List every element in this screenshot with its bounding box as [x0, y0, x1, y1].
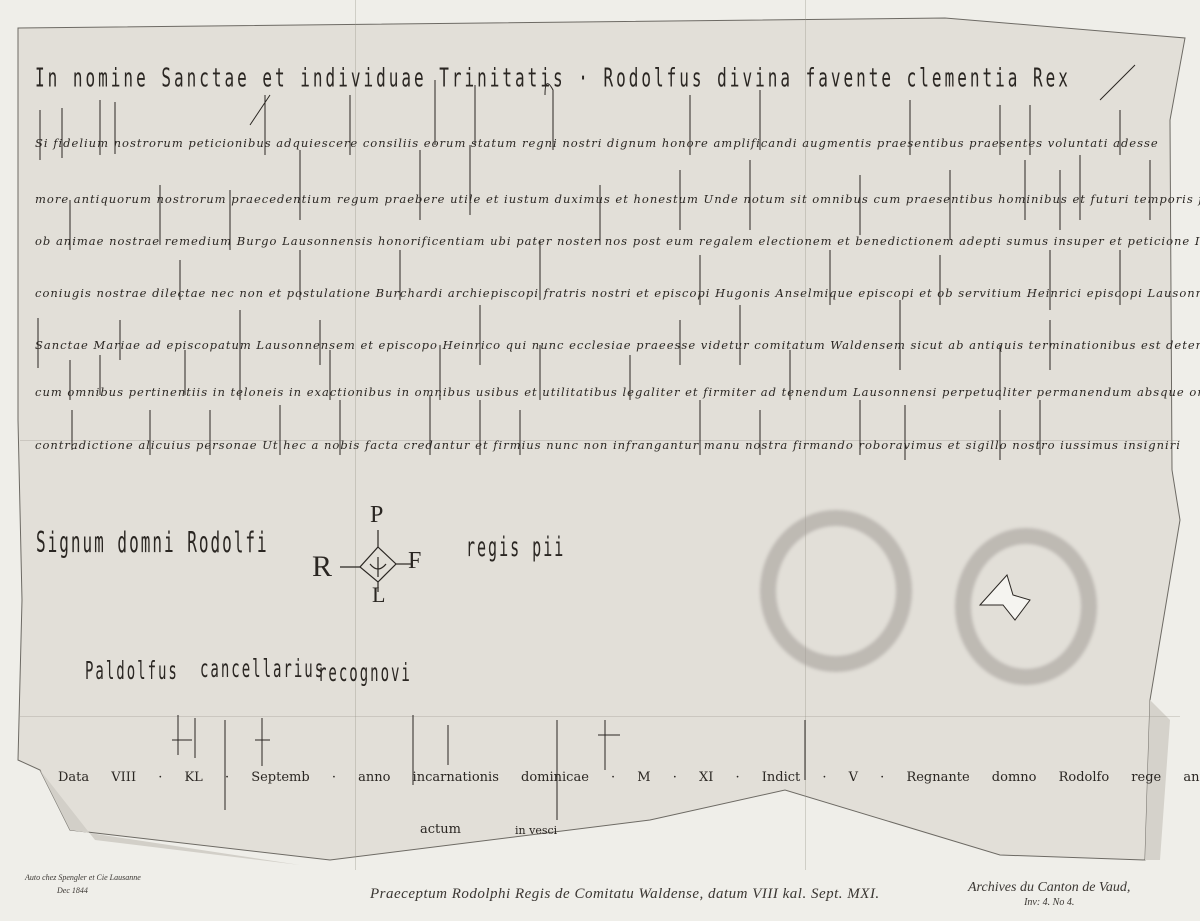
printer-date: Dec 1844: [25, 884, 141, 897]
archive-caption: Archives du Canton de Vaud, Inv: 4. No 4…: [968, 880, 1130, 910]
archive-reference: Inv: 4. No 4.: [968, 895, 1130, 910]
dating-ascenders: [0, 0, 1200, 921]
page-background: In nomine Sanctae et individuae Trinitat…: [0, 0, 1200, 921]
document-title-caption: Praeceptum Rodolphi Regis de Comitatu Wa…: [370, 886, 880, 903]
archive-name: Archives du Canton de Vaud,: [968, 880, 1130, 895]
printer-caption: Auto chez Spengler et Cie Lausanne Dec 1…: [25, 871, 141, 897]
printer-name: Auto chez Spengler et Cie Lausanne: [25, 871, 141, 884]
